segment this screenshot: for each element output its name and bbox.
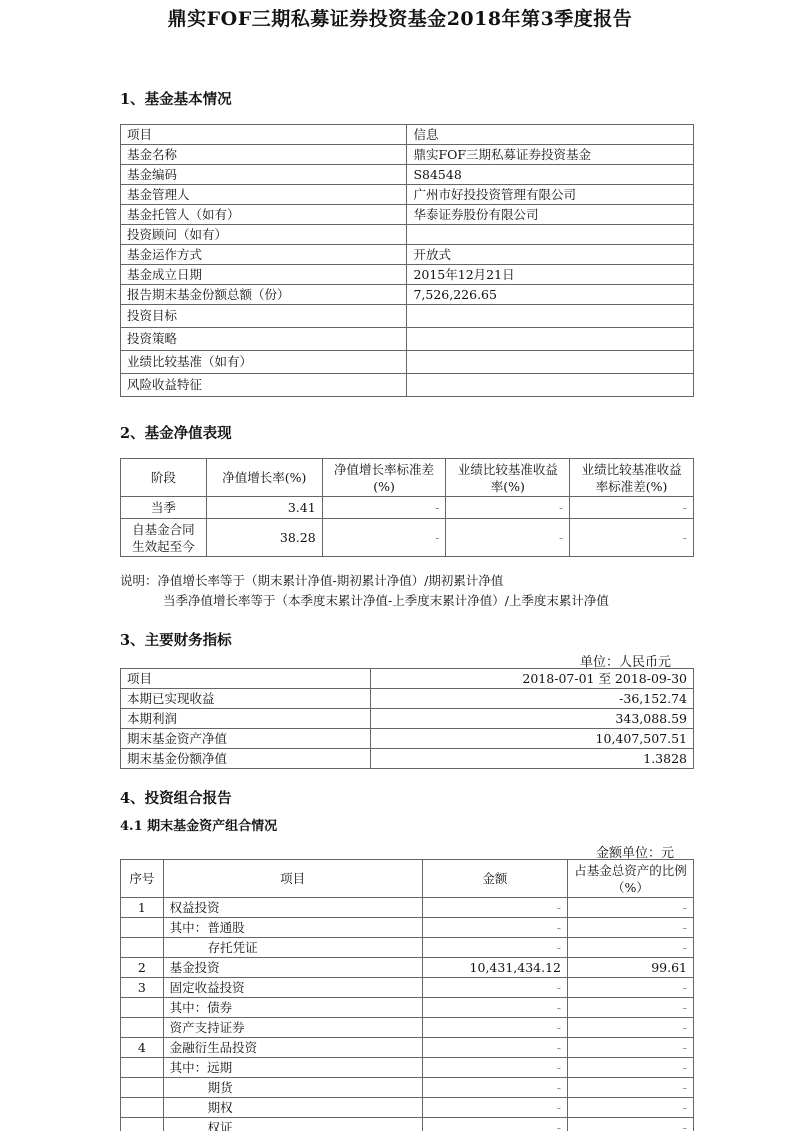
table-row: 本期利润343,088.59 [121, 709, 694, 729]
item-cell: 其中：远期 [163, 1058, 422, 1078]
row-value [407, 374, 694, 397]
row-label: 投资顾问（如有） [121, 225, 407, 245]
section1-heading: 1、基金基本情况 [120, 88, 232, 109]
no-cell [121, 1018, 164, 1038]
amount-cell: - [422, 1058, 567, 1078]
item-cell: 存托凭证 [163, 938, 422, 958]
amount-cell: - [422, 1018, 567, 1038]
amount-cell: - [422, 938, 567, 958]
table-row: 基金托管人（如有）华泰证券股份有限公司 [121, 205, 694, 225]
item-cell: 其中：债券 [163, 998, 422, 1018]
row-label: 基金运作方式 [121, 245, 407, 265]
row-value: 10,407,507.51 [370, 729, 693, 749]
table-row: 期末基金份额净值1.3828 [121, 749, 694, 769]
table-row: 当季 3.41 - - - [121, 497, 694, 519]
row-value [407, 225, 694, 245]
basic-info-table: 项目 信息 基金名称鼎实FOF三期私募证券投资基金 基金编码S84548 基金管… [120, 124, 694, 397]
table-header-row: 序号 项目 金额 占基金总资产的比例（%） [121, 860, 694, 898]
header-cell: 净值增长率(%) [206, 459, 322, 497]
row-value: 广州市好投投资管理有限公司 [407, 185, 694, 205]
amount-cell: - [422, 998, 567, 1018]
no-cell: 1 [121, 898, 164, 918]
stage-cell: 当季 [121, 497, 207, 519]
row-value [407, 351, 694, 374]
ratio-cell: - [568, 978, 694, 998]
no-cell [121, 938, 164, 958]
bench-return-cell: - [446, 497, 570, 519]
no-cell: 2 [121, 958, 164, 978]
item-cell: 资产支持证券 [163, 1018, 422, 1038]
table-row: 本期已实现收益-36,152.74 [121, 689, 694, 709]
header-cell: 占基金总资产的比例（%） [568, 860, 694, 898]
header-cell: 项目 [121, 125, 407, 145]
table-row: 其中：远期-- [121, 1058, 694, 1078]
row-value: 华泰证券股份有限公司 [407, 205, 694, 225]
row-label: 业绩比较基准（如有） [121, 351, 407, 374]
table-row: 存托凭证-- [121, 938, 694, 958]
no-cell [121, 1118, 164, 1131]
row-label: 风险收益特征 [121, 374, 407, 397]
ratio-cell: - [568, 898, 694, 918]
ratio-cell: - [568, 1098, 694, 1118]
amount-cell: - [422, 978, 567, 998]
row-value: S84548 [407, 165, 694, 185]
no-cell: 3 [121, 978, 164, 998]
section2-heading: 2、基金净值表现 [120, 422, 232, 443]
row-label: 投资目标 [121, 305, 407, 328]
header-cell: 项目 [163, 860, 422, 898]
section4-1-heading: 4.1 期末基金资产组合情况 [120, 815, 277, 834]
nav-growth-cell: 38.28 [206, 519, 322, 557]
no-cell [121, 1098, 164, 1118]
row-value [407, 328, 694, 351]
table-row: 投资目标 [121, 305, 694, 328]
item-cell: 期货 [163, 1078, 422, 1098]
header-cell: 业绩比较基准收益率(%) [446, 459, 570, 497]
row-value: -36,152.74 [370, 689, 693, 709]
item-cell: 固定收益投资 [163, 978, 422, 998]
table-row: 基金名称鼎实FOF三期私募证券投资基金 [121, 145, 694, 165]
item-cell: 期权 [163, 1098, 422, 1118]
amount-cell: - [422, 1118, 567, 1131]
item-cell: 金融衍生品投资 [163, 1038, 422, 1058]
no-cell: 4 [121, 1038, 164, 1058]
header-cell: 2018-07-01 至 2018-09-30 [370, 669, 693, 689]
report-title: 鼎实FOF三期私募证券投资基金2018年第3季度报告 [0, 4, 800, 31]
ratio-cell: - [568, 918, 694, 938]
row-label: 基金编码 [121, 165, 407, 185]
ratio-cell: - [568, 998, 694, 1018]
nav-performance-table: 阶段 净值增长率(%) 净值增长率标准差(%) 业绩比较基准收益率(%) 业绩比… [120, 458, 694, 557]
nav-growth-cell: 3.41 [206, 497, 322, 519]
note-line-1: 说明：净值增长率等于（期末累计净值-期初累计净值）/期初累计净值 [120, 571, 503, 591]
table-row: 2基金投资10,431,434.1299.61 [121, 958, 694, 978]
amount-cell: - [422, 1078, 567, 1098]
amount-cell: 10,431,434.12 [422, 958, 567, 978]
asset-allocation-table: 序号 项目 金额 占基金总资产的比例（%） 1权益投资-- 其中：普通股-- 存… [120, 859, 694, 1131]
section4-heading: 4、投资组合报告 [120, 787, 232, 808]
ratio-cell: - [568, 1078, 694, 1098]
no-cell [121, 918, 164, 938]
row-label: 本期利润 [121, 709, 371, 729]
header-cell: 信息 [407, 125, 694, 145]
table-row: 基金管理人广州市好投投资管理有限公司 [121, 185, 694, 205]
table-row: 期末基金资产净值10,407,507.51 [121, 729, 694, 749]
table-row: 投资策略 [121, 328, 694, 351]
section3-heading: 3、主要财务指标 [120, 629, 232, 650]
item-cell: 权益投资 [163, 898, 422, 918]
row-label: 基金管理人 [121, 185, 407, 205]
header-cell: 阶段 [121, 459, 207, 497]
no-cell [121, 998, 164, 1018]
table-row: 资产支持证券-- [121, 1018, 694, 1038]
table-row: 自基金合同生效起至今 38.28 - - - [121, 519, 694, 557]
table-header-row: 项目 2018-07-01 至 2018-09-30 [121, 669, 694, 689]
ratio-cell: 99.61 [568, 958, 694, 978]
no-cell [121, 1058, 164, 1078]
ratio-cell: - [568, 1018, 694, 1038]
ratio-cell: - [568, 1038, 694, 1058]
table-row: 1权益投资-- [121, 898, 694, 918]
table-row: 其中：普通股-- [121, 918, 694, 938]
bench-return-cell: - [446, 519, 570, 557]
row-value [407, 305, 694, 328]
header-cell: 金额 [422, 860, 567, 898]
table-row: 基金编码S84548 [121, 165, 694, 185]
row-label: 投资策略 [121, 328, 407, 351]
nav-std-cell: - [322, 519, 446, 557]
note-line-2: 当季净值增长率等于（本季度末累计净值-上季度末累计净值）/上季度末累计净值 [163, 591, 609, 611]
amount-cell: - [422, 898, 567, 918]
row-label: 本期已实现收益 [121, 689, 371, 709]
row-value: 7,526,226.65 [407, 285, 694, 305]
table-row: 基金运作方式开放式 [121, 245, 694, 265]
row-value: 1.3828 [370, 749, 693, 769]
table-row: 报告期末基金份额总额（份）7,526,226.65 [121, 285, 694, 305]
table-header-row: 阶段 净值增长率(%) 净值增长率标准差(%) 业绩比较基准收益率(%) 业绩比… [121, 459, 694, 497]
row-label: 期末基金资产净值 [121, 729, 371, 749]
item-cell: 权证 [163, 1118, 422, 1131]
ratio-cell: - [568, 1058, 694, 1078]
row-label: 基金名称 [121, 145, 407, 165]
amount-cell: - [422, 1098, 567, 1118]
bench-std-cell: - [570, 519, 694, 557]
item-cell: 基金投资 [163, 958, 422, 978]
row-value: 2015年12月21日 [407, 265, 694, 285]
amount-cell: - [422, 918, 567, 938]
table-row: 4金融衍生品投资-- [121, 1038, 694, 1058]
table-row: 期权-- [121, 1098, 694, 1118]
row-value: 开放式 [407, 245, 694, 265]
header-cell: 净值增长率标准差(%) [322, 459, 446, 497]
row-value: 鼎实FOF三期私募证券投资基金 [407, 145, 694, 165]
table-row: 3固定收益投资-- [121, 978, 694, 998]
table-row: 投资顾问（如有） [121, 225, 694, 245]
bench-std-cell: - [570, 497, 694, 519]
row-label: 基金托管人（如有） [121, 205, 407, 225]
item-cell: 其中：普通股 [163, 918, 422, 938]
financial-indicators-table: 项目 2018-07-01 至 2018-09-30 本期已实现收益-36,15… [120, 668, 694, 769]
table-row: 基金成立日期2015年12月21日 [121, 265, 694, 285]
table-row: 其中：债券-- [121, 998, 694, 1018]
header-cell: 业绩比较基准收益率标准差(%) [570, 459, 694, 497]
row-label: 期末基金份额净值 [121, 749, 371, 769]
row-value: 343,088.59 [370, 709, 693, 729]
table-row: 风险收益特征 [121, 374, 694, 397]
stage-cell: 自基金合同生效起至今 [121, 519, 207, 557]
amount-cell: - [422, 1038, 567, 1058]
table-row: 期货-- [121, 1078, 694, 1098]
row-label: 报告期末基金份额总额（份） [121, 285, 407, 305]
header-cell: 序号 [121, 860, 164, 898]
no-cell [121, 1078, 164, 1098]
table-row: 权证-- [121, 1118, 694, 1131]
table-header-row: 项目 信息 [121, 125, 694, 145]
nav-std-cell: - [322, 497, 446, 519]
table-row: 业绩比较基准（如有） [121, 351, 694, 374]
header-cell: 项目 [121, 669, 371, 689]
ratio-cell: - [568, 938, 694, 958]
ratio-cell: - [568, 1118, 694, 1131]
row-label: 基金成立日期 [121, 265, 407, 285]
